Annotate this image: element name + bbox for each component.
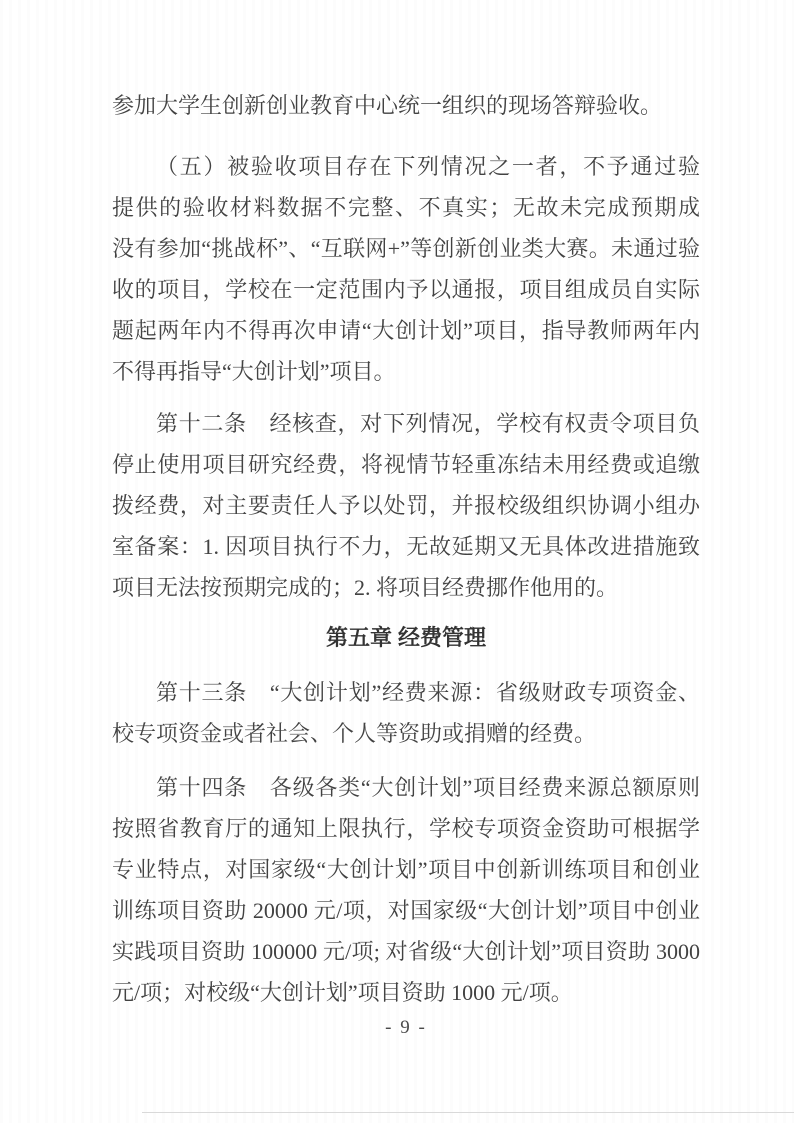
body-line: 收的项目，学校在一定范围内予以通报，项目组成员自实际结	[112, 269, 700, 310]
body-line: 停止使用项目研究经费，将视情节轻重冻结未用经费或追缴已	[112, 444, 700, 485]
body-line: 没有参加“挑战杯”、“互联网+”等创新创业类大赛。未通过验	[112, 228, 700, 269]
paragraph-start-line: （五）被验收项目存在下列情况之一者，不予通过验收：	[112, 146, 700, 187]
document-body: 参加大学生创新创业教育中心统一组织的现场答辩验收。 （五）被验收项目存在下列情况…	[112, 85, 700, 1043]
paragraph-start-line: 第十三条 “大创计划”经费来源：省级财政专项资金、学	[112, 672, 700, 713]
page-number: - 9 -	[112, 1013, 700, 1043]
body-line: 项目无法按预期完成的；2. 将项目经费挪作他用的。	[112, 567, 700, 608]
body-line: 专业特点，对国家级“大创计划”项目中创新训练项目和创业	[112, 849, 700, 890]
document-page: 参加大学生创新创业教育中心统一组织的现场答辩验收。 （五）被验收项目存在下列情况…	[0, 0, 794, 1123]
paragraph-start-line: 第十四条 各级各类“大创计划”项目经费来源总额原则上	[112, 767, 700, 808]
paragraph-start-line: 第十二条 经核查，对下列情况，学校有权责令项目负责人	[112, 403, 700, 444]
chapter-heading: 第五章 经费管理	[112, 617, 700, 658]
body-line: 参加大学生创新创业教育中心统一组织的现场答辩验收。	[112, 85, 700, 126]
body-line: 不得再指导“大创计划”项目。	[112, 351, 700, 392]
body-line: 室备案：1. 因项目执行不力，无故延期又无具体改进措施致使	[112, 526, 700, 567]
body-line: 训练项目资助 20000 元/项，对国家级“大创计划”项目中创业	[112, 890, 700, 931]
body-line: 按照省教育厅的通知上限执行，学校专项资金资助可根据学科	[112, 808, 700, 849]
page-edge-line	[142, 1112, 794, 1113]
body-line: 校专项资金或者社会、个人等资助或捐赠的经费。	[112, 713, 700, 754]
body-line: 提供的验收材料数据不完整、不真实；无故未完成预期成果；	[112, 187, 700, 228]
body-line: 实践项目资助 100000 元/项; 对省级“大创计划”项目资助 3000	[112, 931, 700, 972]
body-line: 拨经费，对主要责任人予以处罚，并报校级组织协调小组办公	[112, 485, 700, 526]
body-line: 元/项；对校级“大创计划”项目资助 1000 元/项。	[112, 972, 700, 1013]
body-line: 题起两年内不得再次申请“大创计划”项目，指导教师两年内	[112, 310, 700, 351]
